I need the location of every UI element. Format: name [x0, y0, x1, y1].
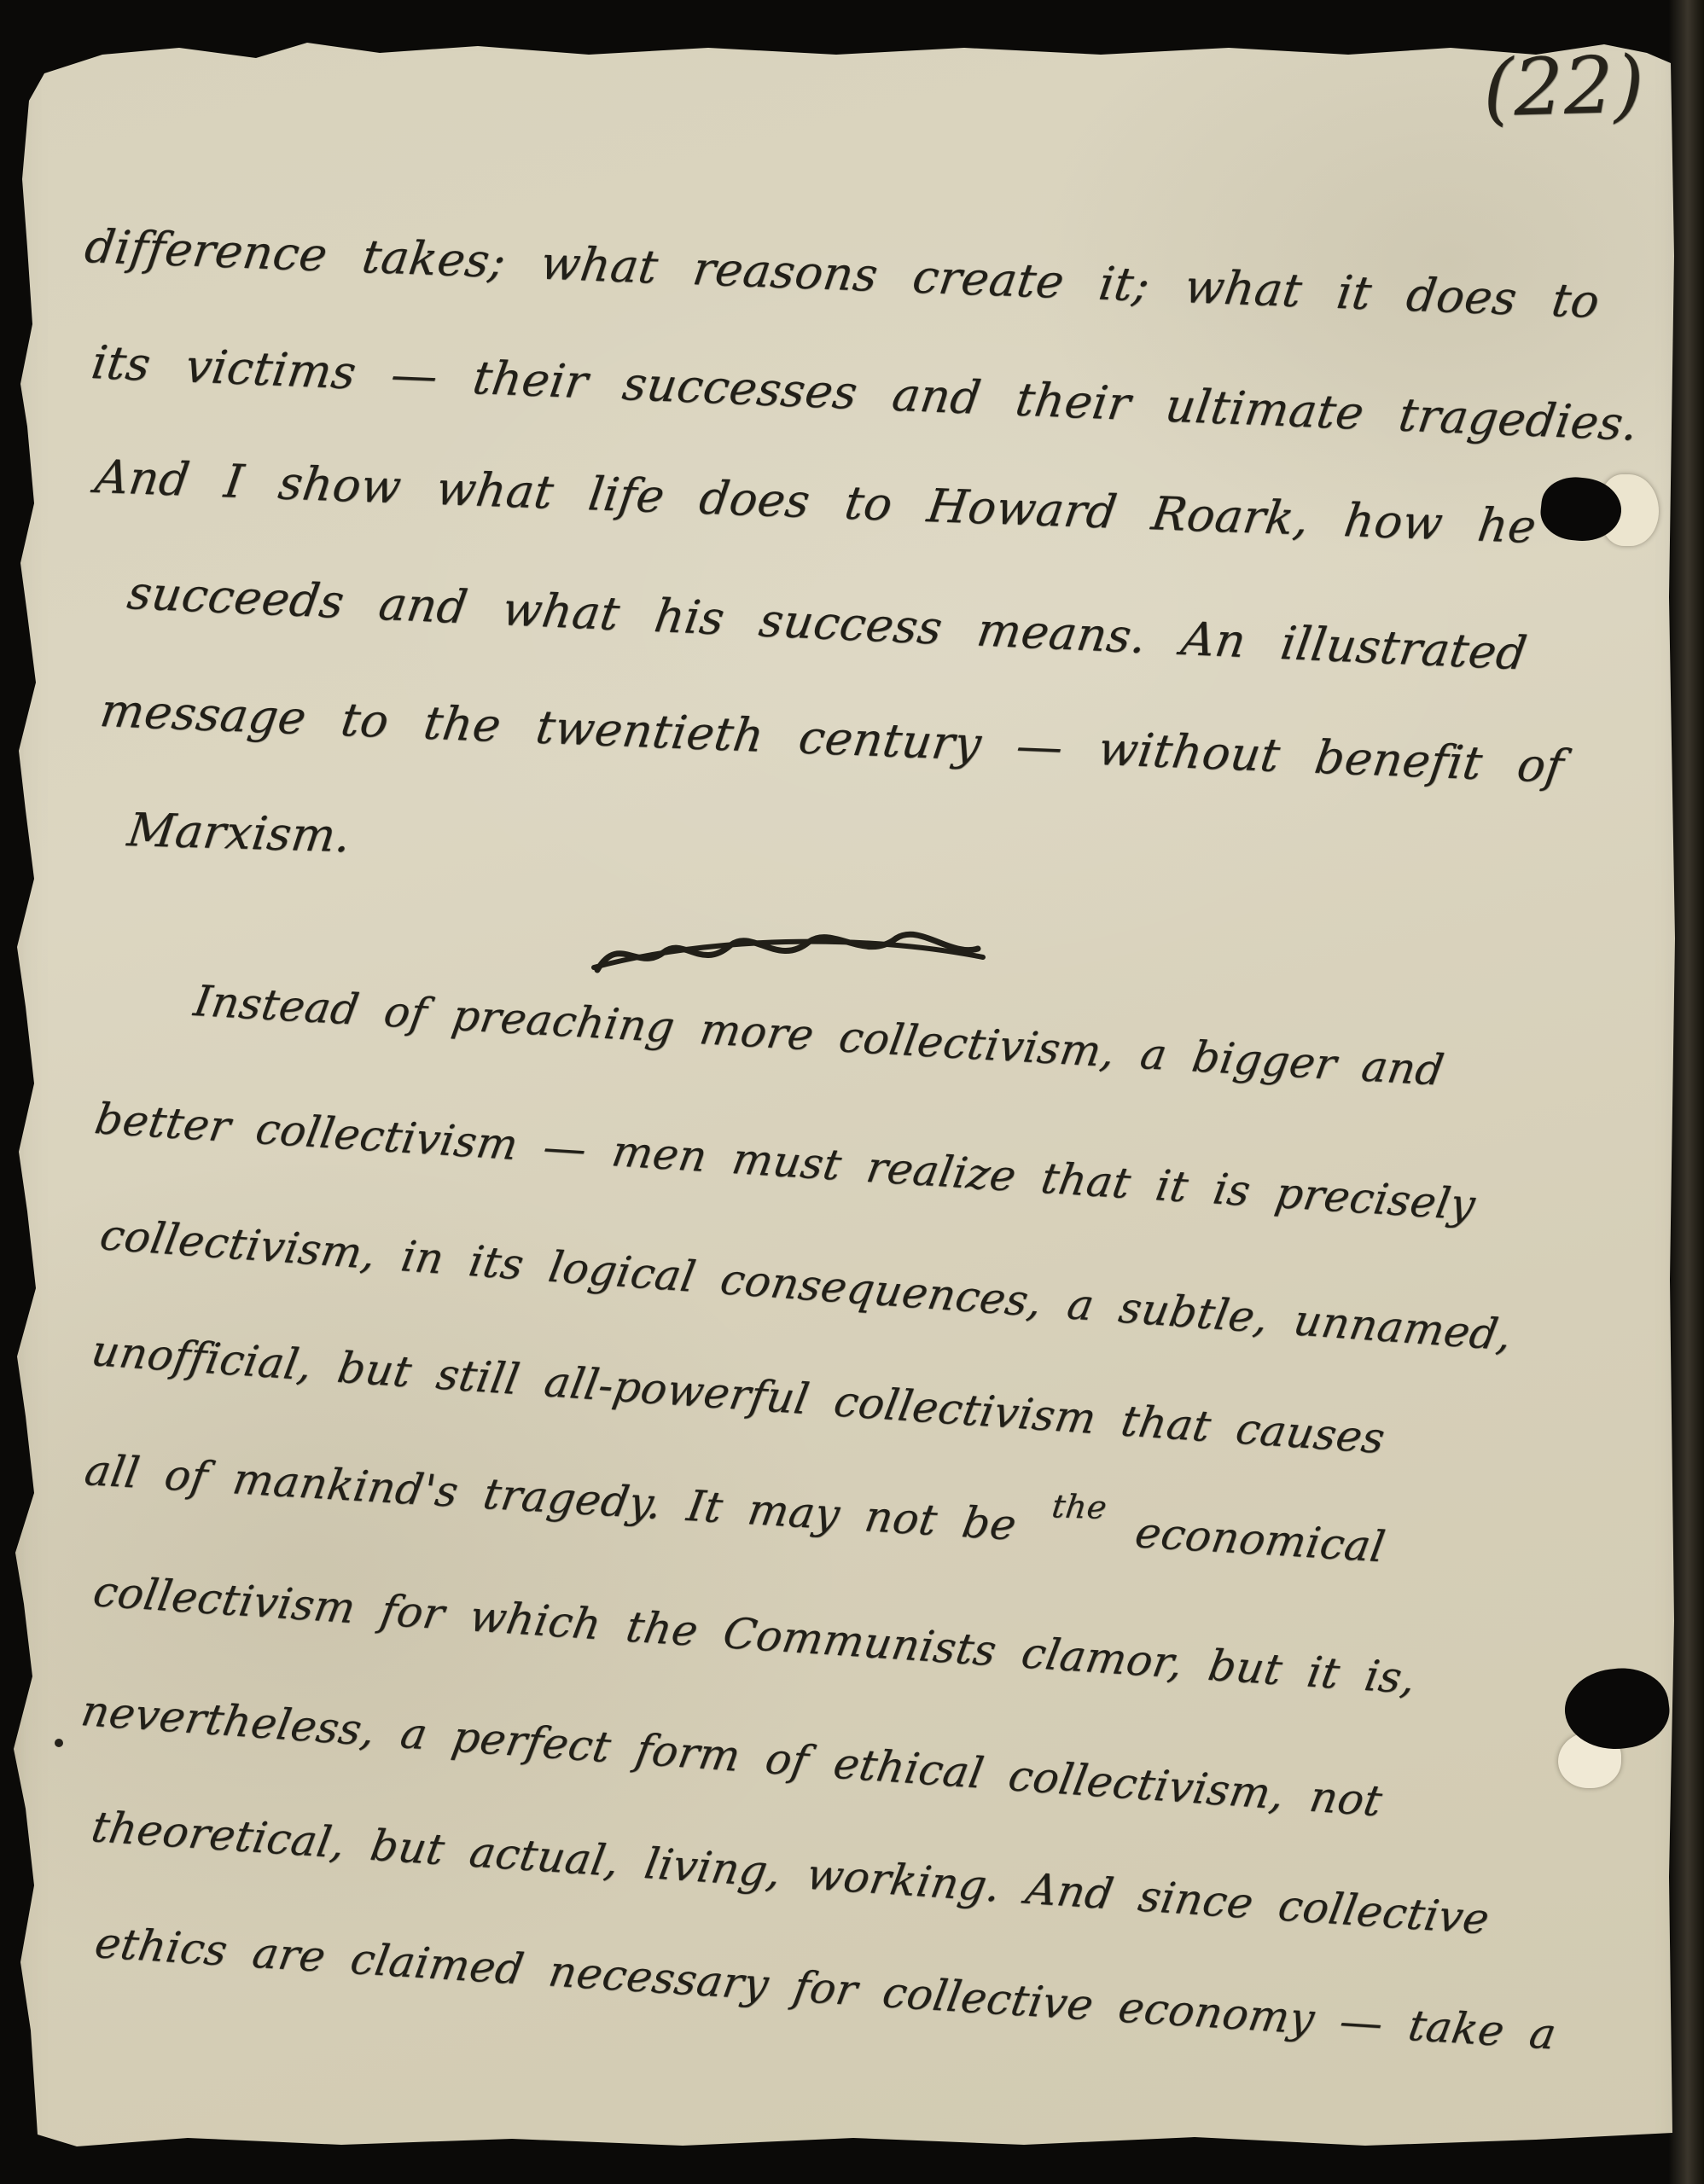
handwritten-line: message to the twentieth century — witho…	[97, 688, 1567, 790]
handwritten-line: ethics are claimed necessary for collect…	[92, 1921, 1560, 2055]
handwritten-line-with-insertion: all of mankind's tragedy. It may not be …	[82, 1449, 1388, 1568]
handwritten-line: collectivism for which the Communists cl…	[90, 1570, 1420, 1699]
handwritten-line: unofficial, but still all-powerful colle…	[89, 1329, 1388, 1460]
handwritten-line: And I show what life does to Howard Roar…	[92, 454, 1539, 550]
handwritten-line: better collectivism — men must realize t…	[92, 1097, 1479, 1226]
inserted-word: the	[1050, 1490, 1109, 1524]
handwritten-line: theoretical, but actual, living, working…	[89, 1805, 1492, 1940]
manuscript-page: (22) difference takes; what reasons crea…	[0, 0, 1704, 2184]
line-text: all of mankind's tragedy. It may not be	[81, 1445, 1020, 1549]
handwritten-line: difference takes; what reasons create it…	[82, 224, 1602, 325]
handwritten-line: collectivism, in its logical consequence…	[97, 1213, 1515, 1356]
handwritten-line: Marxism.	[125, 807, 353, 859]
handwritten-line: its victims — their successes and their …	[89, 340, 1641, 447]
scan-edge-shadow	[1668, 0, 1704, 2184]
line-text: economical	[1131, 1507, 1388, 1571]
scan-background: (22) difference takes; what reasons crea…	[0, 0, 1704, 2184]
page-number: (22)	[1482, 39, 1646, 135]
handwritten-line: succeeds and what his success means. An …	[125, 570, 1530, 677]
handwritten-line: Instead of preaching more collectivism, …	[191, 979, 1447, 1091]
hole-punch	[1534, 468, 1662, 553]
scribble-strikeout-mark	[589, 923, 990, 985]
hole-punch	[1543, 1660, 1688, 1797]
ink-dot	[55, 1739, 63, 1747]
handwritten-line: nevertheless, a perfect form of ethical …	[79, 1689, 1386, 1822]
